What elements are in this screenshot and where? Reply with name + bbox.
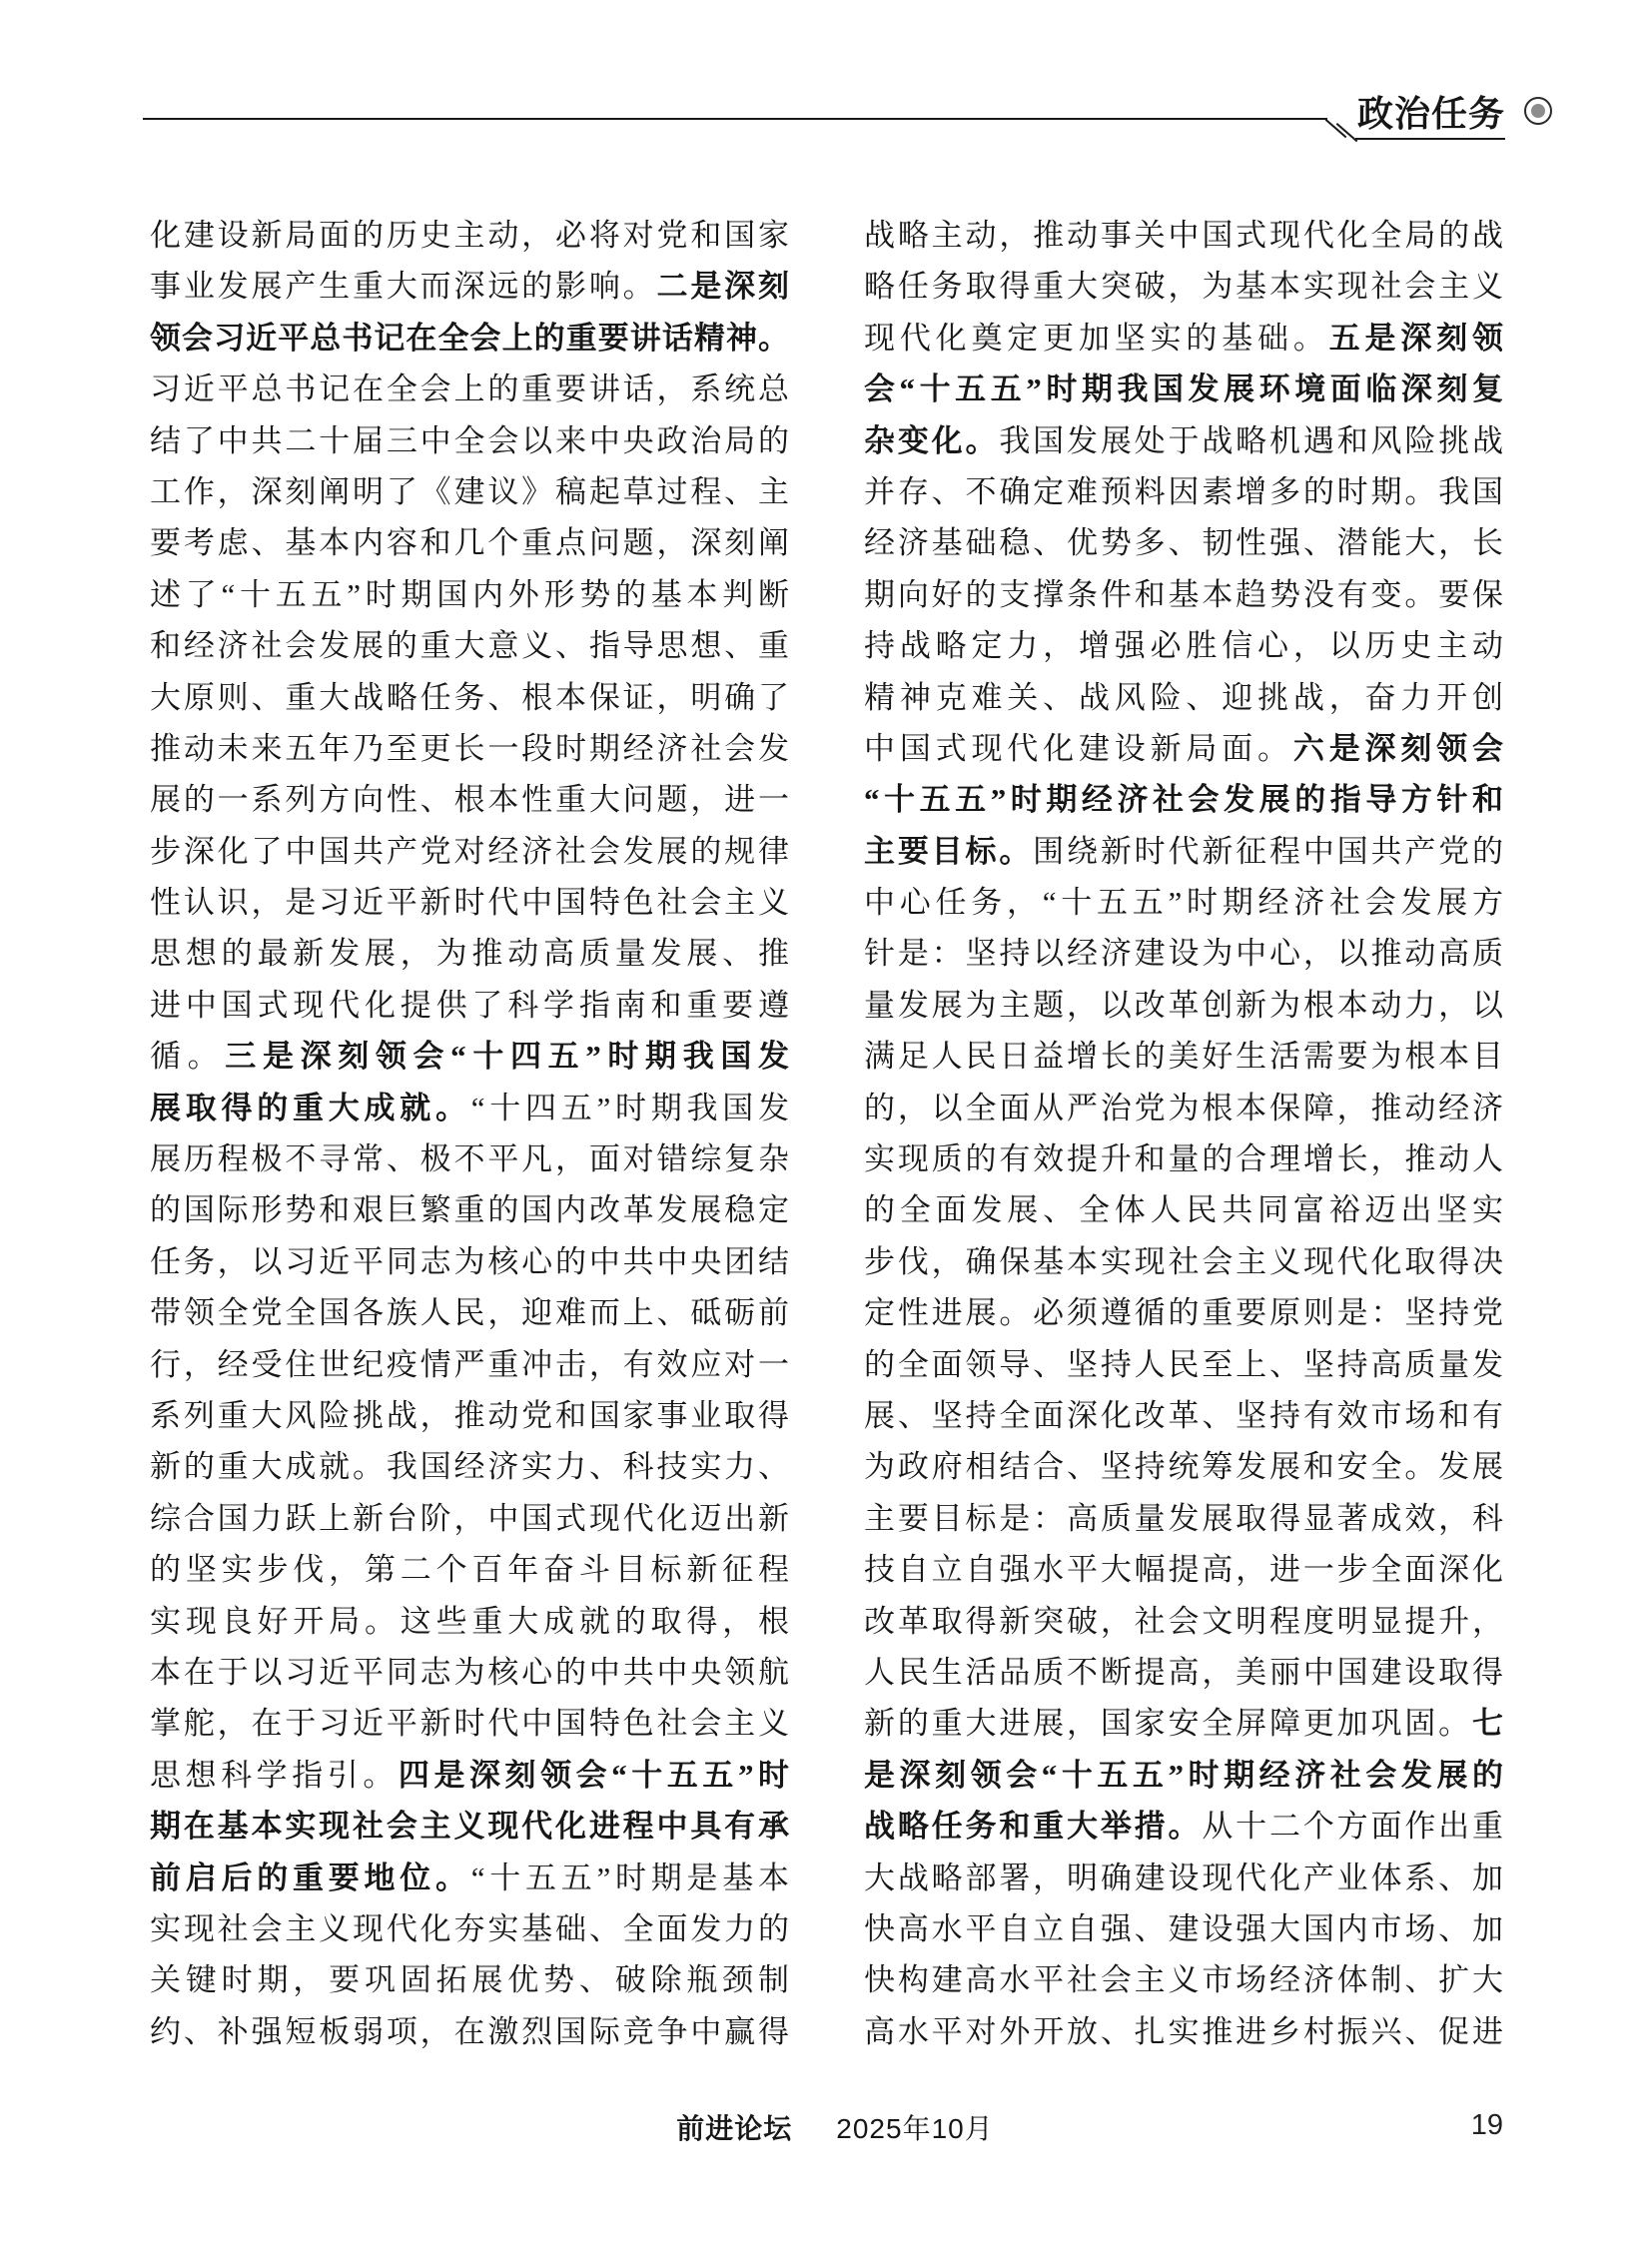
text-segment: 定性进展。必须遵循的重要原则是：坚持党: [864, 1295, 1503, 1330]
bold-text-segment: 二是深刻: [657, 269, 790, 304]
bold-text-segment: 展取得的重大成就。: [150, 1091, 471, 1125]
issue-date: 2025年10月: [836, 2107, 993, 2147]
text-segment: 为政府相结合、坚持统筹发展和安全。发展: [864, 1449, 1503, 1484]
text-line: 量发展为主题，以改革创新为根本动力，以: [864, 980, 1503, 1031]
text-segment: 带领全党全国各族人民，迎难而上、砥砺前: [150, 1295, 789, 1330]
text-segment: 本在于以习近平同志为核心的中共中央领航: [150, 1655, 789, 1690]
text-segment: 战略主动，推动事关中国式现代化全局的战: [864, 218, 1503, 253]
bold-text-segment: 会“十五五”时期我国发展环境面临深刻复: [864, 372, 1503, 406]
text-line: 展的一系列方向性、根本性重大问题，进一: [150, 774, 789, 825]
text-segment: 的，以全面从严治党为根本保障，推动经济: [864, 1091, 1503, 1125]
text-line: 针是：坚持以经济建设为中心，以推动高质: [864, 928, 1503, 979]
text-segment: 改革取得新突破，社会文明程度明显提升，: [864, 1604, 1503, 1639]
magazine-page: { "header": { "section_label": "政治任务", "…: [0, 0, 1652, 2242]
text-segment: 步伐，确保基本实现社会主义现代化取得决: [864, 1244, 1503, 1279]
bold-text-segment: 领会习近平总书记在全会上的重要讲话精神。: [150, 321, 789, 356]
text-line: 循。三是深刻领会“十四五”时期我国发: [150, 1031, 789, 1082]
text-segment: 经济基础稳、优势多、韧性强、潜能大，长: [864, 525, 1503, 560]
text-line: 任务，以习近平同志为核心的中共中央团结: [150, 1236, 789, 1287]
target-bullseye-icon: [1524, 97, 1552, 125]
text-line: 实现良好开局。这些重大成就的取得，根: [150, 1596, 789, 1647]
text-segment: 步深化了中国共产党对经济社会发展的规律: [150, 834, 789, 869]
text-line: 现代化奠定更加坚实的基础。五是深刻领: [864, 313, 1503, 364]
text-segment: 思想的最新发展，为推动高质量发展、推: [150, 936, 789, 971]
text-line: 系列重大风险挑战，推动党和国家事业取得: [150, 1390, 789, 1441]
text-line: 展、坚持全面深化改革、坚持有效市场和有: [864, 1390, 1503, 1441]
bold-text-segment: 七: [1472, 1706, 1503, 1741]
text-segment: 任务，以习近平同志为核心的中共中央团结: [150, 1244, 789, 1279]
text-segment: 实现质的有效提升和量的合理增长，推动人: [864, 1141, 1503, 1176]
text-segment: 人民生活品质不断提高，美丽中国建设取得: [864, 1655, 1503, 1690]
bold-text-segment: 三是深刻领会“十四五”时期我国发: [225, 1039, 789, 1074]
text-line: 掌舵，在于习近平新时代中国特色社会主义: [150, 1698, 789, 1749]
text-line: 大原则、重大战略任务、根本保证，明确了: [150, 672, 789, 723]
text-segment: 的国际形势和艰巨繁重的国内改革发展稳定: [150, 1192, 789, 1227]
text-segment: “十四五”时期我国发: [471, 1091, 789, 1125]
text-segment: 大原则、重大战略任务、根本保证，明确了: [150, 680, 789, 715]
text-line: 习近平总书记在全会上的重要讲话，系统总: [150, 364, 789, 414]
bold-text-segment: 六是深刻领会: [1293, 731, 1503, 766]
text-line: “十五五”时期经济社会发展的指导方针和: [864, 774, 1503, 825]
text-line: 述了“十五五”时期国内外形势的基本判断: [150, 569, 789, 620]
text-line: 带领全党全国各族人民，迎难而上、砥砺前: [150, 1287, 789, 1338]
bold-text-segment: 是深刻领会“十五五”时期经济社会发展的: [864, 1758, 1503, 1793]
text-segment: 要考虑、基本内容和几个重点问题，深刻阐: [150, 525, 789, 560]
text-segment: 述了“十五五”时期国内外形势的基本判断: [150, 577, 789, 612]
bold-text-segment: 主要目标。: [864, 834, 1033, 869]
footer: 前进论坛 2025年10月: [9, 2107, 1652, 2147]
text-line: 为政府相结合、坚持统筹发展和安全。发展: [864, 1441, 1503, 1492]
text-line: 主要目标。围绕新时代新征程中国共产党的: [864, 826, 1503, 877]
text-segment: 中国式现代化建设新局面。: [864, 731, 1293, 766]
text-line: 并存、不确定难预料因素增多的时期。我国: [864, 466, 1503, 517]
text-segment: “十五五”时期是基本: [471, 1861, 789, 1895]
text-segment: 精神克难关、战风险、迎挑战，奋力开创: [864, 680, 1503, 715]
text-segment: 大战略部署，明确建设现代化产业体系、加: [864, 1861, 1503, 1895]
bold-text-segment: 杂变化。: [864, 423, 999, 458]
bold-text-segment: 五是深刻领: [1329, 321, 1503, 356]
text-segment: 掌舵，在于习近平新时代中国特色社会主义: [150, 1706, 789, 1741]
text-segment: 化建设新局面的历史主动，必将对党和国家: [150, 218, 789, 253]
text-segment: 略任务取得重大突破，为基本实现社会主义: [864, 269, 1503, 304]
text-segment: 循。: [150, 1039, 225, 1074]
text-segment: 的全面发展、全体人民共同富裕迈出坚实: [864, 1192, 1503, 1227]
text-line: 化建设新局面的历史主动，必将对党和国家: [150, 210, 789, 261]
text-segment: 的全面领导、坚持人民至上、坚持高质量发: [864, 1347, 1503, 1382]
bold-text-segment: “十五五”时期经济社会发展的指导方针和: [864, 782, 1503, 817]
text-line: 的，以全面从严治党为根本保障，推动经济: [864, 1083, 1503, 1133]
text-line: 的全面领导、坚持人民至上、坚持高质量发: [864, 1339, 1503, 1390]
text-segment: 系列重大风险挑战，推动党和国家事业取得: [150, 1398, 789, 1433]
text-line: 展取得的重大成就。“十四五”时期我国发: [150, 1083, 789, 1133]
section-title: 政治任务: [1357, 86, 1505, 137]
text-line: 改革取得新突破，社会文明程度明显提升，: [864, 1596, 1503, 1647]
text-segment: 新的重大进展，国家安全屏障更加巩固。: [864, 1706, 1472, 1741]
text-line: 定性进展。必须遵循的重要原则是：坚持党: [864, 1287, 1503, 1338]
text-line: 高水平对外开放、扎实推进乡村振兴、促进: [864, 2006, 1503, 2057]
text-segment: 新的重大成就。我国经济实力、科技实力、: [150, 1449, 789, 1484]
text-segment: 约、补强短板弱项，在激烈国际竞争中赢得: [150, 2014, 789, 2049]
text-line: 推动未来五年乃至更长一段时期经济社会发: [150, 723, 789, 774]
text-segment: 工作，深刻阐明了《建议》稿起草过程、主: [150, 474, 789, 509]
bold-text-segment: 期在基本实现社会主义现代化进程中具有承: [150, 1809, 789, 1844]
text-segment: 习近平总书记在全会上的重要讲话，系统总: [150, 372, 789, 406]
text-segment: 快高水平自立自强、建设强大国内市场、加: [864, 1911, 1503, 1946]
text-line: 展历程极不寻常、极不平凡，面对错综复杂: [150, 1133, 789, 1184]
text-line: 实现社会主义现代化夯实基础、全面发力的: [150, 1903, 789, 1954]
text-line: 精神克难关、战风险、迎挑战，奋力开创: [864, 672, 1503, 723]
text-line: 主要目标是：高质量发展取得显著成效，科: [864, 1493, 1503, 1544]
text-line: 战略主动，推动事关中国式现代化全局的战: [864, 210, 1503, 261]
text-line: 关键时期，要巩固拓展优势、破除瓶颈制: [150, 1954, 789, 2005]
text-line: 领会习近平总书记在全会上的重要讲话精神。: [150, 313, 789, 364]
text-line: 思想的最新发展，为推动高质量发展、推: [150, 928, 789, 979]
text-line: 新的重大成就。我国经济实力、科技实力、: [150, 1441, 789, 1492]
text-line: 和经济社会发展的重大意义、指导思想、重: [150, 620, 789, 671]
text-line: 战略任务和重大举措。从十二个方面作出重: [864, 1801, 1503, 1852]
bold-text-segment: 前启后的重要地位。: [150, 1861, 471, 1895]
text-segment: 思想科学指引。: [150, 1758, 399, 1793]
text-line: 性认识，是习近平新时代中国特色社会主义: [150, 877, 789, 928]
journal-name: 前进论坛: [676, 2107, 792, 2147]
text-line: 中国式现代化建设新局面。六是深刻领会: [864, 723, 1503, 774]
text-line: 技自立自强水平大幅提高，进一步全面深化: [864, 1544, 1503, 1595]
text-segment: 推动未来五年乃至更长一段时期经济社会发: [150, 731, 789, 766]
text-segment: 和经济社会发展的重大意义、指导思想、重: [150, 628, 789, 663]
text-segment: 满足人民日益增长的美好生活需要为根本目: [864, 1039, 1503, 1074]
text-line: 的全面发展、全体人民共同富裕迈出坚实: [864, 1184, 1503, 1235]
text-line: 步伐，确保基本实现社会主义现代化取得决: [864, 1236, 1503, 1287]
text-line: 结了中共二十届三中全会以来中央政治局的: [150, 415, 789, 466]
text-line: 实现质的有效提升和量的合理增长，推动人: [864, 1133, 1503, 1184]
text-segment: 展、坚持全面深化改革、坚持有效市场和有: [864, 1398, 1503, 1433]
text-line: 思想科学指引。四是深刻领会“十五五”时: [150, 1750, 789, 1801]
text-segment: 高水平对外开放、扎实推进乡村振兴、促进: [864, 2014, 1503, 2049]
text-line: 进中国式现代化提供了科学指南和重要遵: [150, 980, 789, 1031]
text-line: 大战略部署，明确建设现代化产业体系、加: [864, 1853, 1503, 1903]
text-segment: 现代化奠定更加坚实的基础。: [864, 321, 1329, 356]
text-line: 快构建高水平社会主义市场经济体制、扩大: [864, 1954, 1503, 2005]
text-line: 新的重大进展，国家安全屏障更加巩固。七: [864, 1698, 1503, 1749]
header-rule-lower: [1355, 138, 1505, 140]
text-segment: 持战略定力，增强必胜信心，以历史主动: [864, 628, 1503, 663]
text-line: 要考虑、基本内容和几个重点问题，深刻阐: [150, 517, 789, 568]
text-segment: 实现社会主义现代化夯实基础、全面发力的: [150, 1911, 789, 1946]
text-segment: 围绕新时代新征程中国共产党的: [1033, 834, 1503, 869]
text-segment: 针是：坚持以经济建设为中心，以推动高质: [864, 936, 1503, 971]
text-segment: 主要目标是：高质量发展取得显著成效，科: [864, 1501, 1503, 1536]
text-segment: 事业发展产生重大而深远的影响。: [150, 269, 657, 304]
text-segment: 从十二个方面作出重: [1202, 1809, 1503, 1844]
text-segment: 量发展为主题，以改革创新为根本动力，以: [864, 988, 1503, 1023]
text-segment: 展历程极不寻常、极不平凡，面对错综复杂: [150, 1141, 789, 1176]
text-segment: 快构建高水平社会主义市场经济体制、扩大: [864, 1962, 1503, 1997]
right-column: 战略主动，推动事关中国式现代化全局的战略任务取得重大突破，为基本实现社会主义现代…: [864, 210, 1503, 2057]
text-line: 会“十五五”时期我国发展环境面临深刻复: [864, 364, 1503, 414]
text-line: 是深刻领会“十五五”时期经济社会发展的: [864, 1750, 1503, 1801]
text-segment: 我国发展处于战略机遇和风险挑战: [999, 423, 1503, 458]
text-line: 前启后的重要地位。“十五五”时期是基本: [150, 1853, 789, 1903]
text-line: 人民生活品质不断提高，美丽中国建设取得: [864, 1647, 1503, 1698]
text-segment: 结了中共二十届三中全会以来中央政治局的: [150, 423, 789, 458]
text-line: 期在基本实现社会主义现代化进程中具有承: [150, 1801, 789, 1852]
text-line: 工作，深刻阐明了《建议》稿起草过程、主: [150, 466, 789, 517]
text-segment: 行，经受住世纪疫情严重冲击，有效应对一: [150, 1347, 789, 1382]
text-line: 约、补强短板弱项，在激烈国际竞争中赢得: [150, 2006, 789, 2057]
bold-text-segment: 四是深刻领会“十五五”时: [399, 1758, 789, 1793]
text-line: 满足人民日益增长的美好生活需要为根本目: [864, 1031, 1503, 1082]
text-segment: 并存、不确定难预料因素增多的时期。我国: [864, 474, 1503, 509]
text-line: 略任务取得重大突破，为基本实现社会主义: [864, 261, 1503, 312]
text-line: 快高水平自立自强、建设强大国内市场、加: [864, 1903, 1503, 1954]
text-segment: 综合国力跃上新台阶，中国式现代化迈出新: [150, 1501, 789, 1536]
text-line: 期向好的支撑条件和基本趋势没有变。要保: [864, 569, 1503, 620]
text-line: 持战略定力，增强必胜信心，以历史主动: [864, 620, 1503, 671]
text-segment: 进中国式现代化提供了科学指南和重要遵: [150, 988, 789, 1023]
left-column: 化建设新局面的历史主动，必将对党和国家事业发展产生重大而深远的影响。二是深刻领会…: [150, 210, 789, 2057]
text-segment: 期向好的支撑条件和基本趋势没有变。要保: [864, 577, 1503, 612]
text-line: 本在于以习近平同志为核心的中共中央领航: [150, 1647, 789, 1698]
text-segment: 关键时期，要巩固拓展优势、破除瓶颈制: [150, 1962, 789, 1997]
text-segment: 展的一系列方向性、根本性重大问题，进一: [150, 782, 789, 817]
text-line: 的国际形势和艰巨繁重的国内改革发展稳定: [150, 1184, 789, 1235]
header-rule-main: [143, 118, 1327, 120]
page-number: 19: [1471, 2109, 1503, 2142]
text-line: 综合国力跃上新台阶，中国式现代化迈出新: [150, 1493, 789, 1544]
text-line: 经济基础稳、优势多、韧性强、潜能大，长: [864, 517, 1503, 568]
text-line: 行，经受住世纪疫情严重冲击，有效应对一: [150, 1339, 789, 1390]
bold-text-segment: 战略任务和重大举措。: [864, 1809, 1202, 1844]
text-line: 杂变化。我国发展处于战略机遇和风险挑战: [864, 415, 1503, 466]
text-segment: 实现良好开局。这些重大成就的取得，根: [150, 1604, 789, 1639]
text-segment: 技自立自强水平大幅提高，进一步全面深化: [864, 1552, 1503, 1587]
text-line: 事业发展产生重大而深远的影响。二是深刻: [150, 261, 789, 312]
text-segment: 的坚实步伐，第二个百年奋斗目标新征程: [150, 1552, 789, 1587]
text-segment: 性认识，是习近平新时代中国特色社会主义: [150, 885, 789, 920]
text-line: 步深化了中国共产党对经济社会发展的规律: [150, 826, 789, 877]
text-line: 的坚实步伐，第二个百年奋斗目标新征程: [150, 1544, 789, 1595]
text-line: 中心任务，“十五五”时期经济社会发展方: [864, 877, 1503, 928]
target-inner-dot: [1531, 104, 1545, 118]
text-segment: 中心任务，“十五五”时期经济社会发展方: [864, 885, 1503, 920]
